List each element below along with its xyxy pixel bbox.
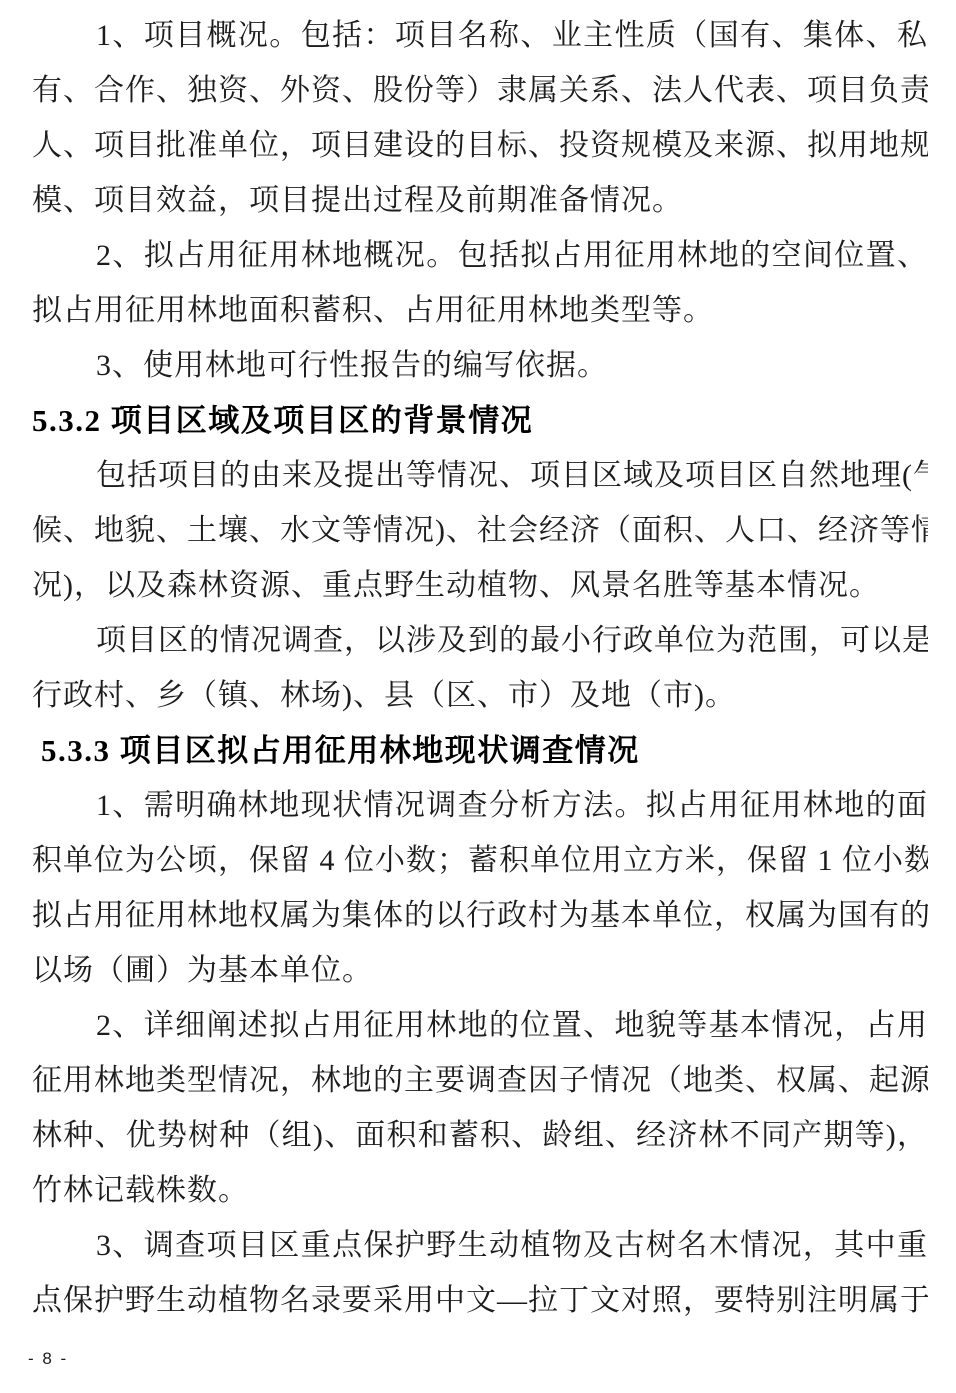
document-page: 1、项目概况。包括：项目名称、业主性质（国有、集体、私 有、合作、独资、外资、股… bbox=[0, 0, 956, 1393]
text-line: 2、拟占用征用林地概况。包括拟占用征用林地的空间位置、 bbox=[32, 228, 928, 283]
paragraph-land-detail: 2、详细阐述拟占用征用林地的位置、地貌等基本情况，占用 征用林地类型情况，林地的… bbox=[32, 998, 928, 1218]
text-line: 3、调查项目区重点保护野生动植物及古树名木情况，其中重 bbox=[32, 1218, 928, 1273]
text-line: 模、项目效益，项目提出过程及前期准备情况。 bbox=[32, 173, 928, 228]
text-line: 以场（圃）为基本单位。 bbox=[32, 943, 928, 998]
text-line: 拟占用征用林地面积蓄积、占用征用林地类型等。 bbox=[32, 283, 928, 338]
text-line: 点保护野生动植物名录要采用中文—拉丁文对照，要特别注明属于 bbox=[32, 1273, 928, 1328]
heading-text: 5.3.3 项目区拟占用征用林地现状调查情况 bbox=[32, 723, 928, 778]
text-line: 1、项目概况。包括：项目名称、业主性质（国有、集体、私 bbox=[32, 8, 928, 63]
text-line: 林种、优势树种（组)、面积和蓄积、龄组、经济林不同产期等)， bbox=[32, 1108, 928, 1163]
page-number: - 8 - bbox=[28, 1349, 68, 1369]
text-line: 2、详细阐述拟占用征用林地的位置、地貌等基本情况，占用 bbox=[32, 998, 928, 1053]
text-line: 项目区的情况调查，以涉及到的最小行政单位为范围，可以是 bbox=[32, 613, 928, 668]
paragraph-survey-scope: 项目区的情况调查，以涉及到的最小行政单位为范围，可以是 行政村、乡（镇、林场)、… bbox=[32, 613, 928, 723]
paragraph-wildlife-survey: 3、调查项目区重点保护野生动植物及古树名木情况，其中重 点保护野生动植物名录要采… bbox=[32, 1218, 928, 1328]
section-heading-533: 5.3.3 项目区拟占用征用林地现状调查情况 bbox=[32, 723, 928, 778]
text-line: 3、使用林地可行性报告的编写依据。 bbox=[32, 338, 928, 393]
section-heading-532: 5.3.2 项目区域及项目区的背景情况 bbox=[32, 393, 928, 448]
document-body: 1、项目概况。包括：项目名称、业主性质（国有、集体、私 有、合作、独资、外资、股… bbox=[0, 0, 956, 1328]
text-line: 行政村、乡（镇、林场)、县（区、市）及地（市)。 bbox=[32, 668, 928, 723]
text-line: 包括项目的由来及提出等情况、项目区域及项目区自然地理(气 bbox=[32, 448, 928, 503]
text-line: 有、合作、独资、外资、股份等）隶属关系、法人代表、项目负责 bbox=[32, 63, 928, 118]
text-line: 人、项目批准单位，项目建设的目标、投资规模及来源、拟用地规 bbox=[32, 118, 928, 173]
text-line: 候、地貌、土壤、水文等情况)、社会经济（面积、人口、经济等情 bbox=[32, 503, 928, 558]
heading-text: 5.3.2 项目区域及项目区的背景情况 bbox=[32, 393, 928, 448]
text-line: 况)，以及森林资源、重点野生动植物、风景名胜等基本情况。 bbox=[32, 558, 928, 613]
paragraph-survey-method: 1、需明确林地现状情况调查分析方法。拟占用征用林地的面 积单位为公顷，保留 4 … bbox=[32, 778, 928, 998]
paragraph-background-info: 包括项目的由来及提出等情况、项目区域及项目区自然地理(气 候、地貌、土壤、水文等… bbox=[32, 448, 928, 613]
text-line: 积单位为公顷，保留 4 位小数；蓄积单位用立方米，保留 1 位小数。 bbox=[32, 833, 928, 888]
text-line: 拟占用征用林地权属为集体的以行政村为基本单位，权属为国有的 bbox=[32, 888, 928, 943]
text-line: 1、需明确林地现状情况调查分析方法。拟占用征用林地的面 bbox=[32, 778, 928, 833]
text-line: 竹林记载株数。 bbox=[32, 1163, 928, 1218]
paragraph-project-overview: 1、项目概况。包括：项目名称、业主性质（国有、集体、私 有、合作、独资、外资、股… bbox=[32, 8, 928, 228]
paragraph-forestland-overview: 2、拟占用征用林地概况。包括拟占用征用林地的空间位置、 拟占用征用林地面积蓄积、… bbox=[32, 228, 928, 338]
paragraph-report-basis: 3、使用林地可行性报告的编写依据。 bbox=[32, 338, 928, 393]
text-line: 征用林地类型情况，林地的主要调查因子情况（地类、权属、起源、 bbox=[32, 1053, 928, 1108]
